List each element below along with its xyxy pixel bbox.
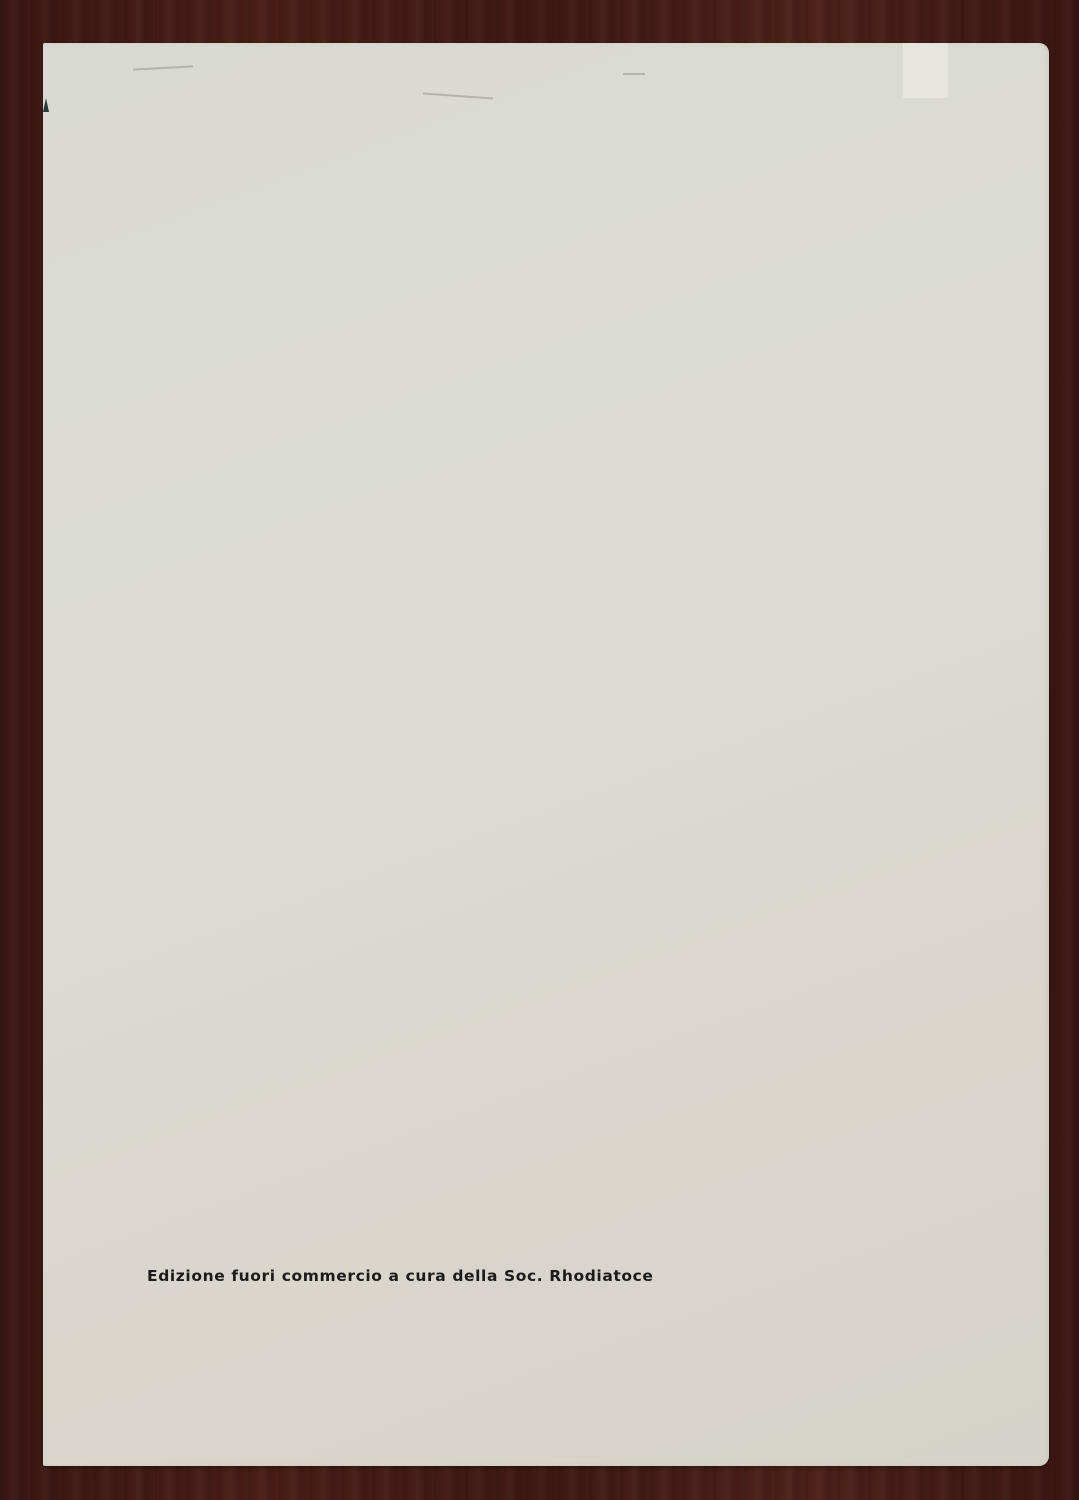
tape-strip <box>903 43 948 98</box>
publisher-imprint: Edizione fuori commercio a cura della So… <box>147 1267 654 1285</box>
scuff-mark <box>423 93 493 100</box>
scuff-mark <box>133 65 193 70</box>
book-back-cover: Edizione fuori commercio a cura della So… <box>43 43 1049 1466</box>
cover-tear <box>43 98 49 112</box>
scuff-mark <box>623 73 645 75</box>
